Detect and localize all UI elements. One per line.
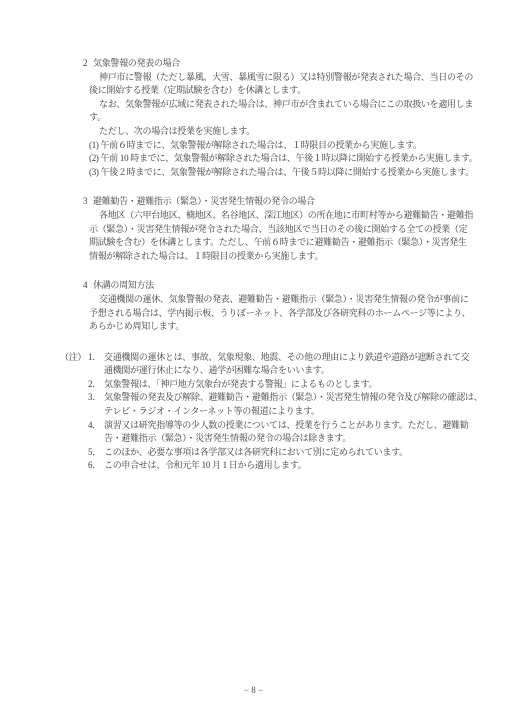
text-line: あらかじめ周知します。: [89, 320, 507, 334]
text-line: 示（緊急）・災害発生情報が発令された場合、当該地区で当日のその後に開始する全ての…: [89, 223, 507, 237]
note-item: 6． この申合せは、令和元年 10 月 1 日から適用します。: [60, 459, 507, 473]
note-label: [60, 459, 88, 473]
text-line: 気象警報の発表及び解除、避難勧告・避難指示（緊急）・災害発生情報の発令及び解除の…: [104, 391, 507, 405]
section-heading: 2気象警報の発表の場合: [83, 57, 507, 71]
note-text: 交通機関の運休とは、事故、気象現象、地震、その他の理由により鉄道や道路が遮断され…: [104, 351, 507, 378]
text-line: 通機関が運行休止になり、通学が困難な場合をいいます。: [104, 364, 507, 378]
note-text: 気象警報の発表及び解除、避難勧告・避難指示（緊急）・災害発生情報の発令及び解除の…: [104, 391, 507, 418]
text-line: 後に開始する授業（定期試験を含む）を休講とします。: [89, 84, 507, 98]
section-number: 3: [83, 195, 93, 209]
note-item: 3． 気象警報の発表及び解除、避難勧告・避難指示（緊急）・災害発生情報の発令及び…: [60, 391, 507, 418]
text-line: 神戸市に警報（ただし暴風、大雪、暴風雪に限る）又は特別警報が発表された場合、当日…: [89, 71, 507, 85]
document-page: 2気象警報の発表の場合 神戸市に警報（ただし暴風、大雪、暴風雪に限る）又は特別警…: [0, 0, 507, 720]
text-line: 予想される場合は、学内掲示板、うりぼーネット、各学部及び各研究科のホームページ等…: [89, 307, 507, 321]
note-number: 3．: [88, 391, 104, 418]
text-line: 演習又は研究指導等の少人数の授業については、授業を行うことがあります。ただし、避…: [104, 419, 507, 433]
text-line: ただし、次の場合は授業を実施します。: [89, 125, 507, 139]
text-line: なお、気象警報が広域に発表された場合は、神戸市が含まれている場合にこの取扱いを適…: [89, 98, 507, 112]
section-number: 2: [83, 57, 93, 71]
note-item: 2． 気象警報は、「神戸地方気象台が発表する警報」によるものとします。: [60, 378, 507, 392]
section-heading: 4休講の周知方法: [83, 279, 507, 293]
note-number: 1．: [88, 351, 104, 378]
note-number: 5．: [88, 446, 104, 460]
note-item: 4． 演習又は研究指導等の少人数の授業については、授業を行うことがあります。ただ…: [60, 419, 507, 446]
note-number: 6．: [88, 459, 104, 473]
section-title: 避難勧告・避難指示（緊急）・災害発生情報の発令の場合: [93, 196, 315, 206]
note-number: 2．: [88, 378, 104, 392]
text-line: このほか、必要な事項は各学部又は各研究科において別に定められています。: [104, 446, 507, 460]
section-cancellation-notice: 4休講の周知方法 交通機関の運休、気象警報の発表、避難勧告・避難指示（緊急）・災…: [83, 279, 507, 333]
section-number: 4: [83, 279, 93, 293]
text-line: テレビ・ラジオ・インターネット等の報道によります。: [104, 405, 507, 419]
note-text: この申合せは、令和元年 10 月 1 日から適用します。: [104, 459, 507, 473]
list-item: (1) 午前６時までに、気象警報が解除された場合は、１時限目の授業から実施します…: [89, 139, 507, 153]
list-item: (2) 午前 10 時までに、気象警報が解除された場合は、午後１時以降に開始する…: [89, 152, 507, 166]
note-label: （注）: [60, 351, 88, 378]
list-item: (3) 午後２時までに、気象警報が解除された場合は、午後５時以降に開始する授業か…: [89, 166, 507, 180]
section-evacuation-order: 3避難勧告・避難指示（緊急）・災害発生情報の発令の場合 各地区（六甲台地区、楠地…: [83, 195, 507, 263]
page-number: − 8 −: [0, 684, 507, 698]
text-line: 交通機関の運休とは、事故、気象現象、地震、その他の理由により鉄道や道路が遮断され…: [104, 351, 507, 365]
text-line: 各地区（六甲台地区、楠地区、名谷地区、深江地区）の所在地に市町村等から避難勧告・…: [89, 209, 507, 223]
section-weather-warning: 2気象警報の発表の場合 神戸市に警報（ただし暴風、大雪、暴風雪に限る）又は特別警…: [83, 57, 507, 179]
text-line: 情報が解除された場合は、１時限目の授業から実施します。: [89, 250, 507, 264]
note-text: 気象警報は、「神戸地方気象台が発表する警報」によるものとします。: [104, 378, 507, 392]
notes-section: （注） 1． 交通機関の運休とは、事故、気象現象、地震、その他の理由により鉄道や…: [60, 351, 507, 473]
section-title: 気象警報の発表の場合: [93, 58, 180, 68]
note-label: [60, 419, 88, 446]
note-label: [60, 391, 88, 418]
text-line: 交通機関の運休、気象警報の発表、避難勧告・避難指示（緊急）・災害発生情報の発令が…: [89, 293, 507, 307]
text-line: す。: [89, 111, 507, 125]
section-title: 休講の周知方法: [93, 280, 154, 290]
note-number: 4．: [88, 419, 104, 446]
text-line: 期試験を含む）を休講とします。ただし、午前６時までに避難勧告・避難指示（緊急）・…: [89, 236, 507, 250]
text-line: 気象警報は、「神戸地方気象台が発表する警報」によるものとします。: [104, 378, 507, 392]
note-item: 5． このほか、必要な事項は各学部又は各研究科において別に定められています。: [60, 446, 507, 460]
note-text: 演習又は研究指導等の少人数の授業については、授業を行うことがあります。ただし、避…: [104, 419, 507, 446]
text-line: この申合せは、令和元年 10 月 1 日から適用します。: [104, 459, 507, 473]
text-line: 告・避難指示（緊急）・災害発生情報の発令の場合は除きます。: [104, 432, 507, 446]
document-content: 2気象警報の発表の場合 神戸市に警報（ただし暴風、大雪、暴風雪に限る）又は特別警…: [0, 0, 507, 473]
note-text: このほか、必要な事項は各学部又は各研究科において別に定められています。: [104, 446, 507, 460]
note-label: [60, 378, 88, 392]
section-heading: 3避難勧告・避難指示（緊急）・災害発生情報の発令の場合: [83, 195, 507, 209]
note-label: [60, 446, 88, 460]
note-item: （注） 1． 交通機関の運休とは、事故、気象現象、地震、その他の理由により鉄道や…: [60, 351, 507, 378]
